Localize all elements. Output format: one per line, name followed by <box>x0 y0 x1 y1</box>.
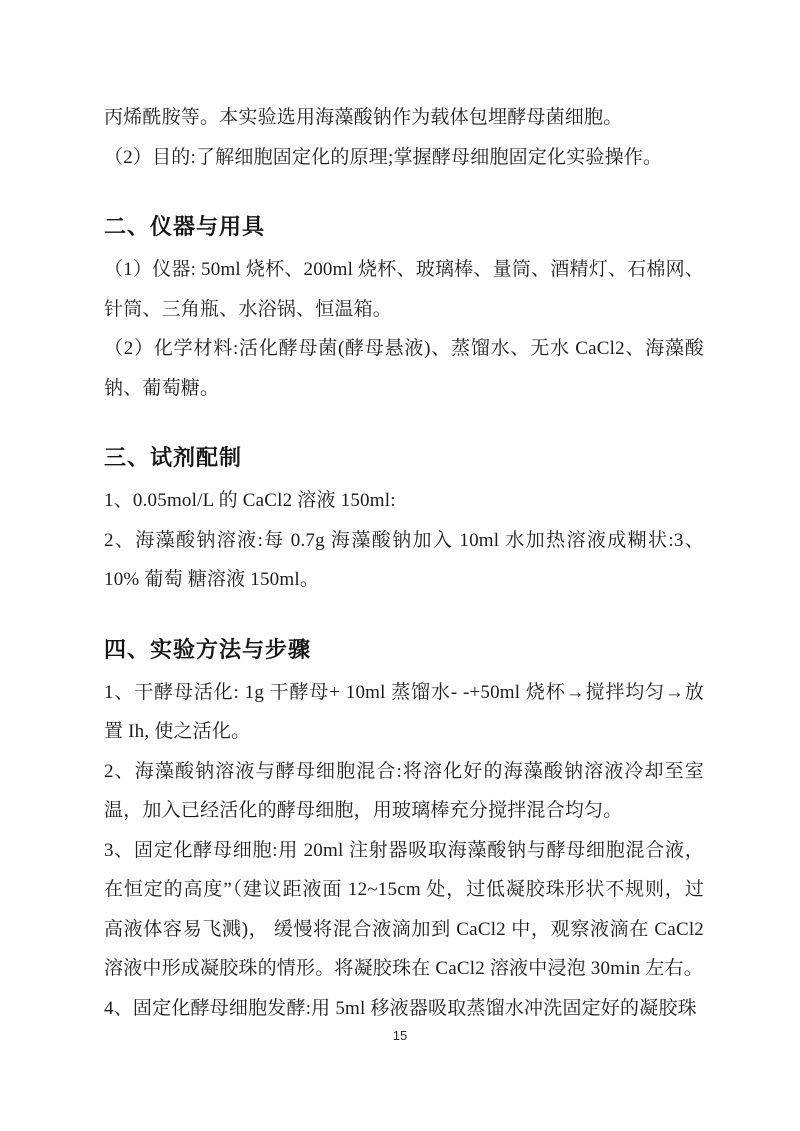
section-heading-instruments: 二、仪器与用具 <box>104 207 704 247</box>
paragraph-carrier-intro: 丙烯酰胺等。本实验选用海藻酸钠作为载体包埋酵母菌细胞。 <box>104 98 704 138</box>
paragraph-purpose: （2）目的:了解细胞固定化的原理;掌握酵母细胞固定化实验操作。 <box>104 138 704 178</box>
paragraph-step-4-fermentation: 4、固定化酵母细胞发酵:用 5ml 移液器吸取蒸馏水冲洗固定好的凝胶珠 <box>104 989 704 1029</box>
paragraph-reagent-cacl2: 1、0.05mol/L 的 CaCl2 溶液 150ml: <box>104 481 704 521</box>
paragraph-step-2-mixing: 2、海藻酸钠溶液与酵母细胞混合:将溶化好的海藻酸钠溶液冷却至室温，加入已经活化的… <box>104 752 704 831</box>
section-heading-methods: 四、实验方法与步骤 <box>104 630 704 670</box>
paragraph-step-1-activation: 1、干酵母活化: 1g 干酵母+ 10ml 蒸馏水- -+50ml 烧杯→搅拌均… <box>104 673 704 752</box>
document-content: 丙烯酰胺等。本实验选用海藻酸钠作为载体包埋酵母菌细胞。 （2）目的:了解细胞固定… <box>0 0 800 1028</box>
document-page: 丙烯酰胺等。本实验选用海藻酸钠作为载体包埋酵母菌细胞。 （2）目的:了解细胞固定… <box>0 0 800 1131</box>
paragraph-reagent-alginate: 2、海藻酸钠溶液:每 0.7g 海藻酸钠加入 10ml 水加热溶液成糊状:3、1… <box>104 521 704 600</box>
paragraph-step-3-immobilization: 3、固定化酵母细胞:用 20ml 注射器吸取海藻酸钠与酵母细胞混合液，在恒定的高… <box>104 831 704 989</box>
page-number: 15 <box>0 1028 800 1043</box>
paragraph-chemical-materials: （2）化学材料:活化酵母菌(酵母悬液)、蒸馏水、无水 CaCl2、海藻酸钠、葡萄… <box>104 329 704 408</box>
paragraph-instruments-list: （1）仪器: 50ml 烧杯、200ml 烧杯、玻璃棒、量筒、酒精灯、石棉网、针… <box>104 250 704 329</box>
section-heading-reagents: 三、试剂配制 <box>104 438 704 478</box>
